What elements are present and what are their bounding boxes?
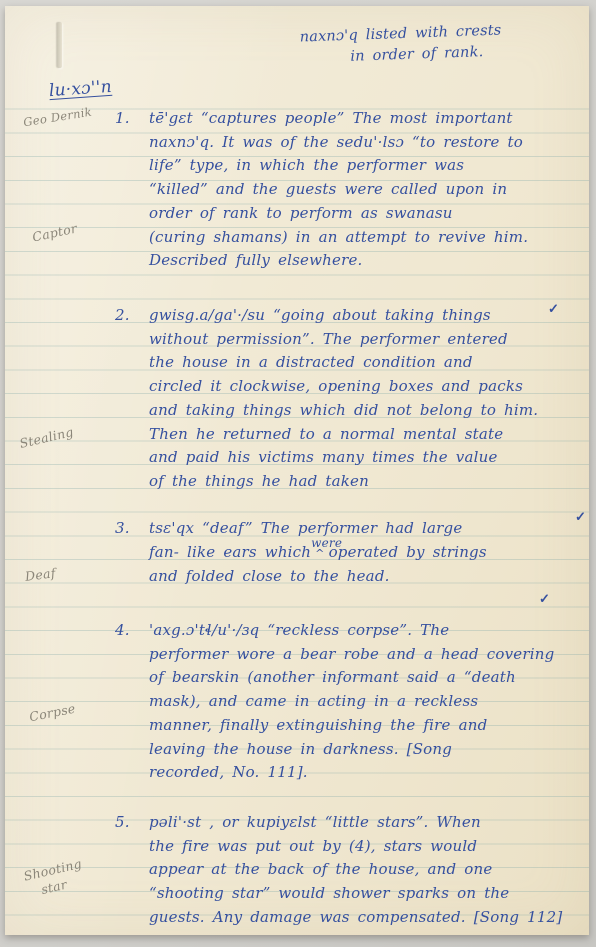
handwritten-line: leaving the house in darkness. [Song — [149, 738, 593, 762]
notebook-page: naxnɔ'q listed with crests in order of r… — [5, 6, 589, 935]
handwritten-line: circled it clockwise, opening boxes and … — [149, 375, 593, 399]
handwritten-line: pəli'·st , or kupiyɛlst “little stars”. … — [149, 811, 593, 835]
item-4-text: 'axg.ɔ'tɬ/u'·/ɜq “reckless corpse”. The … — [149, 619, 593, 785]
handwritten-line: tē'gɛt “captures people” The most import… — [149, 107, 593, 131]
header-note-line2: in order of rank. — [350, 41, 503, 67]
handwritten-line: “shooting star” would shower sparks on t… — [149, 882, 593, 906]
handwritten-line: and folded close to the head. — [149, 565, 593, 589]
handwritten-line: “killed” and the guests were called upon… — [149, 178, 593, 202]
item-3-text: tsɛ'qx “deaf” The performer had large fa… — [149, 517, 593, 589]
staple-mark — [57, 22, 62, 68]
line-pre-insertion: fan- like ears which — [149, 543, 311, 561]
item-2-number: 2. — [115, 304, 130, 328]
handwritten-line: Then he returned to a normal mental stat… — [149, 423, 593, 447]
item-3-number: 3. — [115, 517, 130, 541]
list-item-4: 4. 'axg.ɔ'tɬ/u'·/ɜq “reckless corpse”. T… — [113, 619, 593, 785]
handwritten-line: Described fully elsewhere. — [149, 249, 593, 273]
list-item-2: 2. gwisg.a/ga'·/su “going about taking t… — [113, 304, 593, 494]
list-item-1: 1. tē'gɛt “captures people” The most imp… — [113, 107, 593, 273]
checkmark-icon: ✓ — [539, 592, 550, 607]
handwritten-line: gwisg.a/ga'·/su “going about taking thin… — [149, 304, 593, 328]
handwritten-line: order of rank to perform as swanasu — [149, 202, 593, 226]
inserted-word: were — [311, 532, 342, 556]
list-item-5: 5. pəli'·st , or kupiyɛlst “little stars… — [113, 811, 593, 930]
handwritten-line: appear at the back of the house, and one — [149, 858, 593, 882]
handwritten-line: of bearskin (another informant said a “d… — [149, 666, 593, 690]
list-item-3: 3. tsɛ'qx “deaf” The performer had large… — [113, 517, 593, 589]
handwritten-line: the fire was put out by (4), stars would — [149, 835, 593, 859]
checkmark-icon: ✓ — [548, 302, 559, 317]
handwritten-line: mask), and came in acting in a reckless — [149, 690, 593, 714]
item-2-text: gwisg.a/ga'·/su “going about taking thin… — [149, 304, 593, 494]
inserted-word-block: were^ — [311, 543, 328, 561]
item-5-text: pəli'·st , or kupiyɛlst “little stars”. … — [149, 811, 593, 930]
handwritten-line: and taking things which did not belong t… — [149, 399, 593, 423]
handwritten-line: and paid his victims many times the valu… — [149, 446, 593, 470]
handwritten-line: of the things he had taken — [149, 470, 593, 494]
handwritten-line: life” type, in which the performer was — [149, 154, 593, 178]
item-4-number: 4. — [115, 619, 130, 643]
handwritten-line: 'axg.ɔ'tɬ/u'·/ɜq “reckless corpse”. The — [149, 619, 593, 643]
handwritten-line-with-insertion: fan- like ears whichwere^operated by str… — [149, 541, 593, 566]
handwritten-line: recorded, No. 111]. — [149, 761, 593, 785]
handwritten-line: manner, finally extinguishing the fire a… — [149, 714, 593, 738]
handwritten-line: tsɛ'qx “deaf” The performer had large — [149, 517, 593, 541]
item-5-number: 5. — [115, 811, 130, 835]
header-note: naxnɔ'q listed with crests in order of r… — [299, 20, 502, 69]
handwritten-line: performer wore a bear robe and a head co… — [149, 643, 593, 667]
handwritten-line: naxnɔ'q. It was of the sedu'·lsɔ “to res… — [149, 131, 593, 155]
handwritten-line: without permission”. The performer enter… — [149, 328, 593, 352]
handwritten-line: the house in a distracted condition and — [149, 351, 593, 375]
checkmark-icon: ✓ — [575, 510, 586, 525]
item-1-text: tē'gɛt “captures people” The most import… — [149, 107, 593, 273]
line-post-insertion: operated by strings — [329, 543, 487, 561]
handwritten-line: (curing shamans) in an attempt to revive… — [149, 226, 593, 250]
item-1-number: 1. — [115, 107, 130, 131]
handwritten-line: guests. Any damage was compensated. [Son… — [149, 906, 593, 930]
